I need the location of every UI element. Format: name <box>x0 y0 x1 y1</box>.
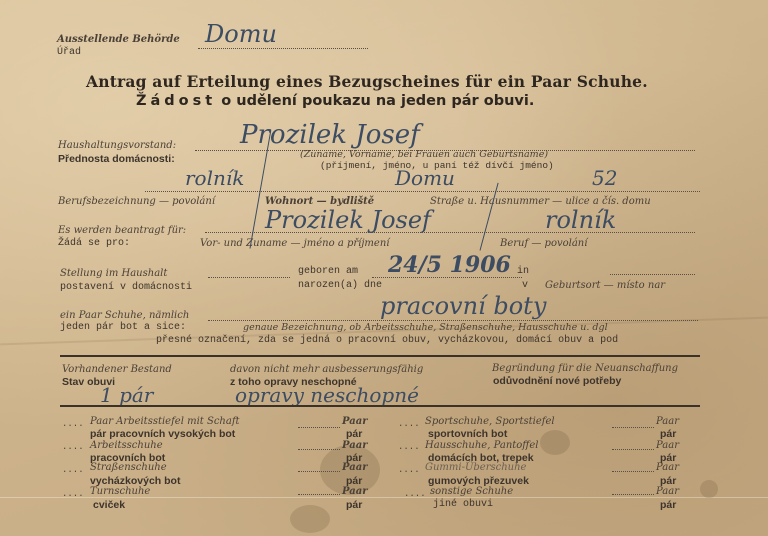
reason-label-de: Begründung für die Neuanschaffung <box>492 363 678 374</box>
household-position-label-cz: postavení v domácnosti <box>60 282 192 293</box>
qty-dots: .... <box>398 419 420 429</box>
residence-value: Domu <box>395 166 455 190</box>
unit-cz: pár <box>346 499 362 511</box>
qty-line <box>298 494 340 495</box>
born-date-value: 24/5 1906 <box>388 252 511 278</box>
occupation-value: rolník <box>185 166 244 190</box>
shoe-type-de: sonstige Schuhe <box>430 486 513 497</box>
household-head-label-cz: Přednosta domácnosti: <box>58 153 175 165</box>
shoe-type-cz: sportovních bot <box>428 428 507 440</box>
requested-for-label-cz: Žádá se pro: <box>58 238 130 249</box>
paper-stain <box>290 505 330 533</box>
shoe-type-de: Hausschuhe, Pantoffel <box>425 440 539 451</box>
shoe-type-de: Gummi-Überschuhe <box>425 462 526 473</box>
shoe-type-de: Sportschuhe, Sportstiefel <box>425 416 555 427</box>
qty-dots: .... <box>62 489 84 499</box>
qty-line <box>298 449 340 450</box>
household-head-hint-de: (Zuname, Vorname, bei Frauen auch Geburt… <box>300 149 548 160</box>
paper-stain <box>700 480 718 498</box>
birthplace-line <box>610 274 695 275</box>
scanned-form: Ausstellende Behörde Úřad Domu Antrag au… <box>0 0 768 536</box>
unit-de: Paar <box>342 462 367 473</box>
occupation-label: Berufsbezeichnung — povolání <box>58 196 215 207</box>
requested-for-name-value: Prozilek Josef <box>265 206 431 234</box>
born-label-de: geboren am <box>298 266 358 277</box>
paper-stain <box>540 430 570 455</box>
qty-dots: .... <box>62 442 84 452</box>
requested-for-job-value: rolník <box>545 206 616 234</box>
shoes-label-de: ein Paar Schuhe, nämlich <box>60 310 189 321</box>
unit-de: Paar <box>342 416 367 427</box>
unit-de: Paar <box>656 486 679 497</box>
qty-dots: .... <box>62 465 84 475</box>
reason-label-cz: odůvodnění nové potřeby <box>493 375 621 387</box>
unrepairable-value: opravy neschopné <box>235 383 419 407</box>
qty-dots: .... <box>62 419 84 429</box>
qty-line <box>298 471 340 472</box>
household-position-label-de: Stellung im Haushalt <box>60 268 167 279</box>
unit-cz: pár <box>660 428 676 440</box>
shoes-hint-de: genaue Bezeichnung, ob Arbeitsschuhe, St… <box>243 322 608 333</box>
qty-dots: .... <box>404 489 426 499</box>
unit-de: Paar <box>342 440 367 451</box>
shoes-label-cz: jeden pár bot a sice: <box>60 322 186 333</box>
qty-line <box>612 427 654 428</box>
household-head-label-de: Haushaltungsvorstand: <box>58 140 176 151</box>
street-label: Straße u. Hausnummer — ulice a čís. domu <box>430 196 651 207</box>
existing-stock-label-de: Vorhandener Bestand <box>62 364 172 375</box>
issuing-authority-label-de: Ausstellende Behörde <box>57 34 180 45</box>
v-label: v <box>522 280 528 291</box>
paper-crease <box>0 497 768 498</box>
unit-de: Paar <box>656 462 679 473</box>
street-value: 52 <box>592 166 617 190</box>
form-title-cz: Žádost o udělení poukazu na jeden pár ob… <box>136 93 534 109</box>
unit-de: Paar <box>656 416 679 427</box>
existing-stock-value: 1 pár <box>100 383 153 407</box>
form-title-cz-spaced: Žádost <box>136 93 216 109</box>
qty-line <box>298 427 340 428</box>
in-label: in <box>517 266 529 277</box>
qty-dots: .... <box>398 442 420 452</box>
born-label-cz: narozen(a) dne <box>298 280 382 291</box>
occupation-line <box>145 191 700 192</box>
form-title-cz-rest: o udělení poukazu na jeden pár obuvi. <box>216 93 534 109</box>
issuing-authority-value: Domu <box>205 20 277 48</box>
shoe-type-cz: pár pracovních vysokých bot <box>90 428 235 440</box>
birthplace-label: Geburtsort — místo nar <box>545 280 665 291</box>
pen-stroke <box>480 183 499 251</box>
unit-cz: pár <box>660 499 676 511</box>
shoe-type-de: Turnschuhe <box>90 486 150 497</box>
unit-de: Paar <box>656 440 679 451</box>
household-position-line <box>208 277 290 278</box>
unrepairable-label-de: davon nicht mehr ausbesserungsfähig <box>230 364 423 375</box>
requested-for-name-label: Vor- und Zuname — jméno a příjmení <box>200 238 389 249</box>
shoe-type-de: Paar Arbeitsstiefel mit Schaft <box>90 416 240 427</box>
issuing-authority-label-cz: Úřad <box>57 47 81 58</box>
unit-cz: pár <box>346 428 362 440</box>
unit-de: Paar <box>342 486 367 497</box>
form-title-de: Antrag auf Erteilung eines Bezugscheines… <box>86 72 648 91</box>
qty-dots: .... <box>398 465 420 475</box>
shoe-type-cz: jiné obuvi <box>433 499 493 510</box>
qty-line <box>612 494 654 495</box>
shoe-type-de: Arbeitsschuhe <box>90 440 163 451</box>
qty-line <box>612 449 654 450</box>
shoe-type-de: Straßenschuhe <box>90 462 167 473</box>
shoes-line <box>208 320 698 321</box>
shoes-value: pracovní boty <box>380 292 546 320</box>
requested-for-label-de: Es werden beantragt für: <box>58 225 186 236</box>
section-divider <box>60 355 700 357</box>
shoe-type-cz: cviček <box>93 499 125 511</box>
shoes-hint-cz: přesné označení, zda se jedná o pracovní… <box>156 335 618 346</box>
qty-line <box>612 471 654 472</box>
section-divider <box>60 405 700 407</box>
issuing-authority-line <box>198 48 368 49</box>
requested-for-job-label: Beruf — povolání <box>500 238 587 249</box>
